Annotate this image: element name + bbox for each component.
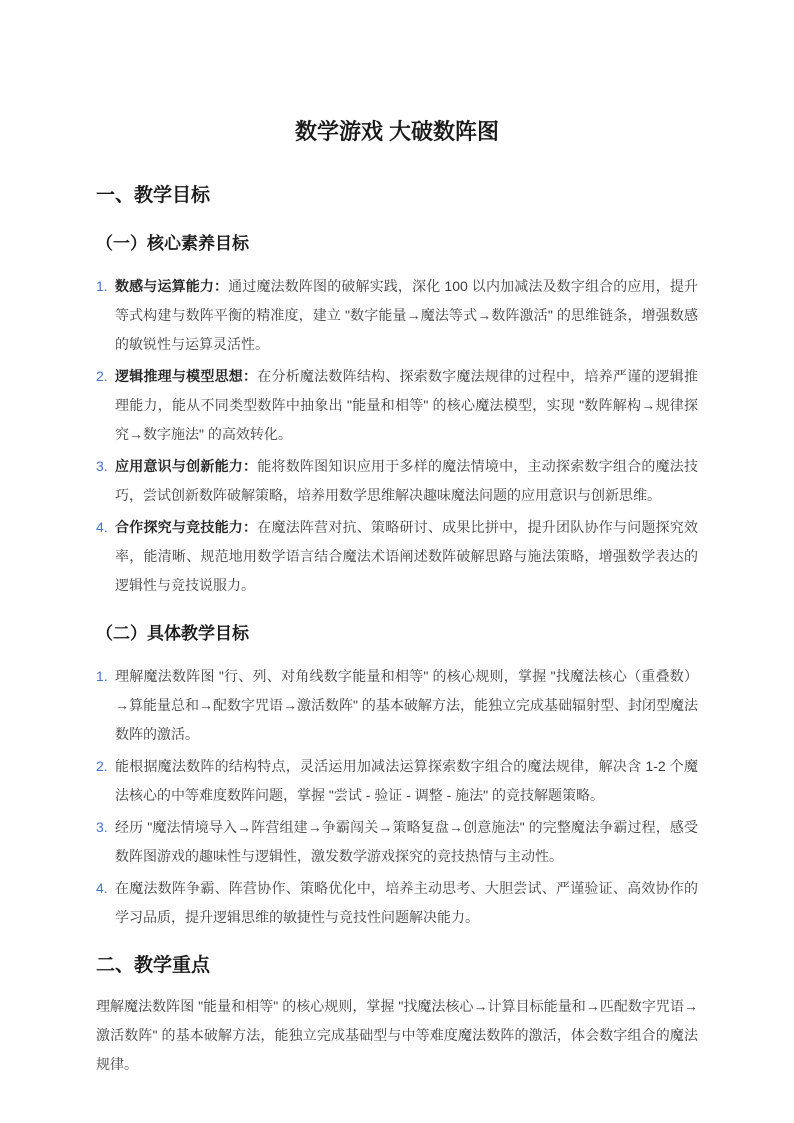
list-item-number: 4. bbox=[96, 874, 108, 903]
page-title: 数学游戏 大破数阵图 bbox=[96, 116, 698, 148]
list-item: 3.经历 "魔法情境导入→阵营组建→争霸闯关→策略复盘→创意施法" 的完整魔法争… bbox=[96, 813, 698, 871]
list-item-number: 3. bbox=[96, 452, 108, 481]
list-item-number: 1. bbox=[96, 662, 108, 691]
list-item-text: 能根据魔法数阵的结构特点，灵活运用加减法运算探索数字组合的魔法规律，解决含 1-… bbox=[115, 758, 698, 803]
list-item: 2.逻辑推理与模型思想：在分析魔法数阵结构、探索数字魔法规律的过程中，培养严谨的… bbox=[96, 362, 698, 449]
core-literacy-list: 1.数感与运算能力：通过魔法数阵图的破解实践，深化 100 以内加减法及数字组合… bbox=[96, 272, 698, 600]
list-item-number: 4. bbox=[96, 513, 108, 542]
specific-goals-list: 1.理解魔法数阵图 "行、列、对角线数字能量和相等" 的核心规则，掌握 "找魔法… bbox=[96, 662, 698, 932]
list-item-text: 理解魔法数阵图 "行、列、对角线数字能量和相等" 的核心规则，掌握 "找魔法核心… bbox=[115, 668, 698, 742]
list-item: 4.合作探究与竞技能力：在魔法阵营对抗、策略研讨、成果比拼中，提升团队协作与问题… bbox=[96, 513, 698, 600]
list-item: 3.应用意识与创新能力：能将数阵图知识应用于多样的魔法情境中，主动探索数字组合的… bbox=[96, 452, 698, 510]
list-item: 1.理解魔法数阵图 "行、列、对角线数字能量和相等" 的核心规则，掌握 "找魔法… bbox=[96, 662, 698, 749]
list-item-number: 2. bbox=[96, 752, 108, 781]
section-heading-teaching-goals: 一、教学目标 bbox=[96, 184, 698, 208]
teaching-focus-paragraph: 理解魔法数阵图 "能量和相等" 的核心规则，掌握 "找魔法核心→计算目标能量和→… bbox=[96, 992, 698, 1079]
list-item: 2.能根据魔法数阵的结构特点，灵活运用加减法运算探索数字组合的魔法规律，解决含 … bbox=[96, 752, 698, 810]
list-item: 4.在魔法数阵争霸、阵营协作、策略优化中，培养主动思考、大胆尝试、严谨验证、高效… bbox=[96, 874, 698, 932]
list-item-label: 合作探究与竞技能力： bbox=[115, 519, 257, 535]
list-item: 1.数感与运算能力：通过魔法数阵图的破解实践，深化 100 以内加减法及数字组合… bbox=[96, 272, 698, 359]
subsection-heading-specific-goals: （二）具体教学目标 bbox=[96, 622, 698, 646]
list-item-label: 数感与运算能力： bbox=[115, 278, 228, 294]
list-item-text: 经历 "魔法情境导入→阵营组建→争霸闯关→策略复盘→创意施法" 的完整魔法争霸过… bbox=[115, 819, 698, 864]
document-page: 数学游戏 大破数阵图 一、教学目标 （一）核心素养目标 1.数感与运算能力：通过… bbox=[0, 0, 794, 1123]
list-item-text: 在魔法数阵争霸、阵营协作、策略优化中，培养主动思考、大胆尝试、严谨验证、高效协作… bbox=[115, 880, 698, 925]
section-heading-teaching-focus: 二、教学重点 bbox=[96, 954, 698, 978]
list-item-number: 3. bbox=[96, 813, 108, 842]
list-item-number: 2. bbox=[96, 362, 108, 391]
list-item-label: 逻辑推理与模型思想： bbox=[115, 368, 257, 384]
subsection-heading-core-literacy: （一）核心素养目标 bbox=[96, 232, 698, 256]
list-item-number: 1. bbox=[96, 272, 108, 301]
list-item-label: 应用意识与创新能力： bbox=[115, 458, 257, 474]
